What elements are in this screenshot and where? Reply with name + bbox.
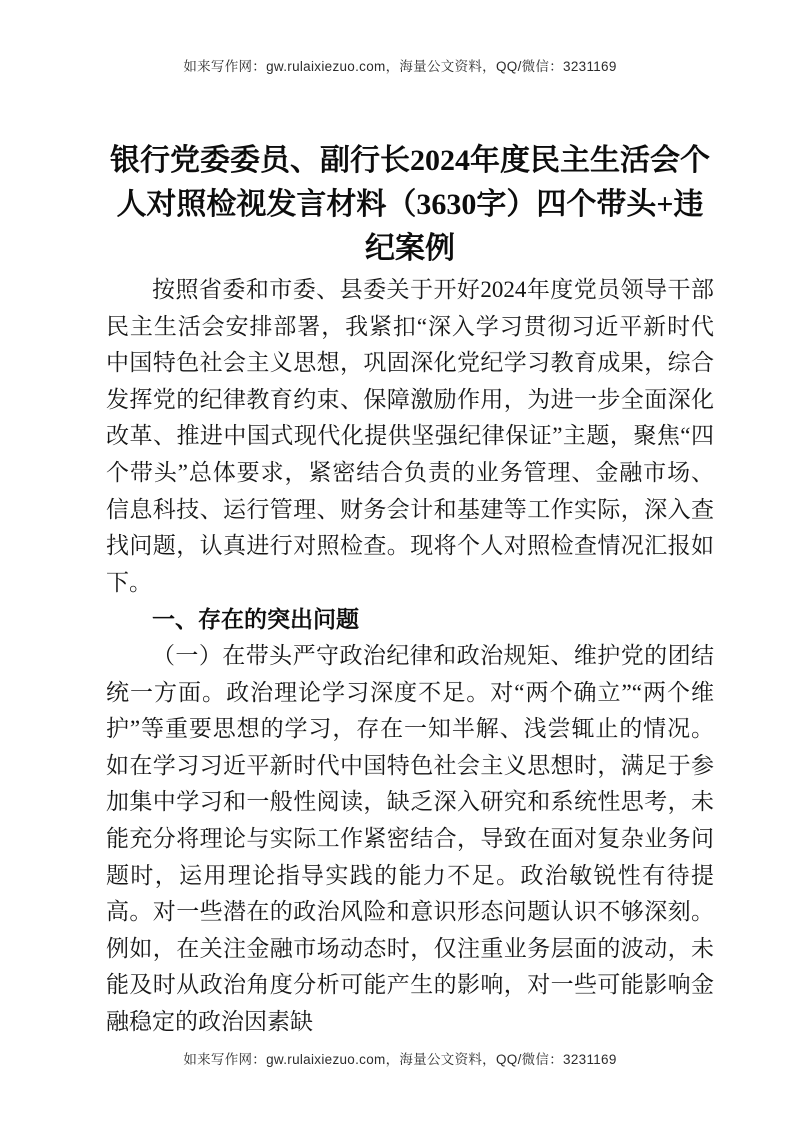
footer-watermark-note: 如来写作网：gw.rulaixiezuo.com，海量公文资料，QQ/微信：32… bbox=[0, 1048, 800, 1068]
section-heading-problems: 一、存在的突出问题 bbox=[106, 601, 714, 638]
document-title: 银行党委委员、副行长2024年度民主生活会个人对照检视发言材料（3630字）四个… bbox=[106, 139, 714, 271]
document-page: 如来写作网：gw.rulaixiezuo.com，海量公文资料，QQ/微信：32… bbox=[0, 0, 800, 1131]
document-body: 按照省委和市委、县委关于开好2024年度党员领导干部民主生活会安排部署，我紧扣“… bbox=[106, 272, 714, 1040]
paragraph-problem-one: （一）在带头严守政治纪律和政治规矩、维护党的团结统一方面。政治理论学习深度不足。… bbox=[106, 638, 714, 1041]
paragraph-opening: 按照省委和市委、县委关于开好2024年度党员领导干部民主生活会安排部署，我紧扣“… bbox=[106, 272, 714, 601]
header-watermark-note: 如来写作网：gw.rulaixiezuo.com，海量公文资料，QQ/微信：32… bbox=[0, 55, 800, 75]
